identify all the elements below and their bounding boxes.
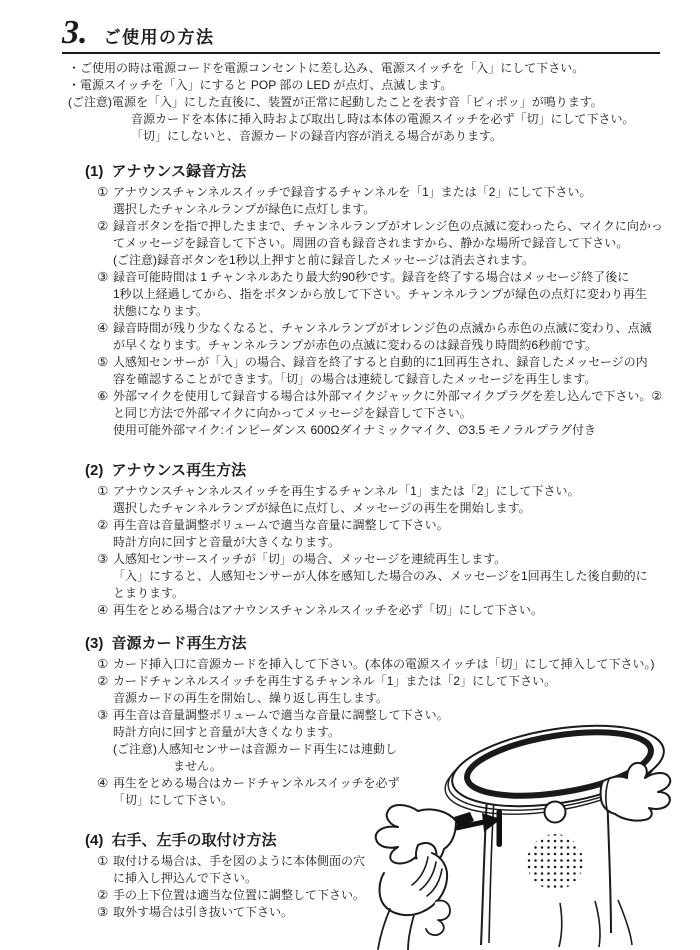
item-line: アナウンスチャンネルスイッチを再生するチャンネル「1」または「2」にして下さい。 xyxy=(113,483,666,500)
item-line: 使用可能外部マイク:インピーダンス 600Ωダイナミックマイク、∅3.5 モノラ… xyxy=(113,422,666,439)
item-line: 録音可能時間は 1 チャンネルあたり最大約90秒です。録音を終了する場合はメッセ… xyxy=(113,269,666,286)
intro-line: ・ご使用の時は電源コードを電源コンセントに差し込み、電源スイッチを「入」にして下… xyxy=(68,60,666,77)
list-item: ④ 再生をとめる場合はアナウンスチャンネルスイッチを必ず「切」にして下さい。 xyxy=(98,602,666,619)
item-number: ① xyxy=(97,184,108,201)
list-item: ① カード挿入口に音源カードを挿入して下さい。(本体の電源スイッチは「切」にして… xyxy=(98,656,666,673)
list-item: ② 再生音は音量調整ボリュームで適当な音量に調整して下さい。 時計方向に回すと音… xyxy=(98,517,666,551)
item-line: アナウンスチャンネルスイッチで録音するチャンネルを「1」または「2」にして下さい… xyxy=(113,184,666,201)
section-label: (1) xyxy=(85,163,103,180)
item-number: ③ xyxy=(97,551,108,568)
speaker-grille xyxy=(527,834,583,890)
section-title: 音源カード再生方法 xyxy=(112,635,247,652)
list-item: ① アナウンスチャンネルスイッチを再生するチャンネル「1」または「2」にして下さ… xyxy=(98,483,666,517)
item-line: 選択したチャンネルランプが緑色に点灯し、メッセージの再生を開始します。 xyxy=(113,500,666,517)
sensor-hole xyxy=(545,802,566,823)
item-number: ④ xyxy=(97,775,108,792)
item-line: 人感知センサーが「入」の場合、録音を終了すると自動的に1回再生され、録音したメッ… xyxy=(113,354,666,371)
section-title: アナウンス再生方法 xyxy=(112,462,247,479)
section-announce-playback: (2) アナウンス再生方法 ① アナウンスチャンネルスイッチを再生するチャンネル… xyxy=(68,460,666,619)
section-label: (2) xyxy=(85,462,103,479)
item-line: カードチャンネルスイッチを再生するチャンネル「1」または「2」にして下さい。 xyxy=(113,673,666,690)
item-line: 録音時間が残り少なくなると、チャンネルランプがオレンジ色の点滅から赤色の点滅に変… xyxy=(113,320,666,337)
item-number: ④ xyxy=(97,320,108,337)
item-number: ② xyxy=(97,673,108,690)
item-line: 状態になります。 xyxy=(113,303,666,320)
section-label: (3) xyxy=(85,635,103,652)
item-line: てメッセージを録音して下さい。周囲の音も録音されますから、静かな場所で録音して下… xyxy=(113,235,666,252)
list-item: ② 録音ボタンを指で押したままで、チャンネルランプがオレンジ色の点滅に変わったら… xyxy=(98,218,666,269)
item-number: ⑥ xyxy=(97,388,108,405)
item-line: カード挿入口に音源カードを挿入して下さい。(本体の電源スイッチは「切」にして挿入… xyxy=(113,656,666,673)
section-label: (4) xyxy=(85,832,103,849)
item-number: ⑤ xyxy=(97,354,108,371)
item-number: ① xyxy=(97,853,108,870)
instruction-manual-page: 3. ご使用の方法 ・ご使用の時は電源コードを電源コンセントに差し込み、電源スイ… xyxy=(0,0,700,950)
list-item: ③ 人感知センサースイッチが「切」の場合、メッセージを連続再生します。 「入」に… xyxy=(98,551,666,602)
list-item: ⑥ 外部マイクを使用して録音する場合は外部マイクジャックに外部マイクプラグを差し… xyxy=(98,388,666,439)
item-line: 再生音は音量調整ボリュームで適当な音量に調整して下さい。 xyxy=(113,517,666,534)
list-item: ③ 録音可能時間は 1 チャンネルあたり最大約90秒です。録音を終了する場合はメ… xyxy=(98,269,666,320)
item-number: ② xyxy=(97,517,108,534)
item-line: 再生をとめる場合はアナウンスチャンネルスイッチを必ず「切」にして下さい。 xyxy=(113,602,666,619)
pop-device-illustration xyxy=(370,695,700,950)
item-line: とまります。 xyxy=(113,585,666,602)
item-line: と同じ方法で外部マイクに向かってメッセージを録音して下さい。 xyxy=(113,405,666,422)
item-number: ② xyxy=(97,887,108,904)
hand-slot xyxy=(497,809,503,847)
item-number: ① xyxy=(97,483,108,500)
intro-caution-line: 「切」にしないと、音源カードの録音内容が消える場合があります。 xyxy=(68,128,666,145)
list-item: ⑤ 人感知センサーが「入」の場合、録音を終了すると自動的に1回再生され、録音した… xyxy=(98,354,666,388)
item-line: (ご注意)録音ボタンを1秒以上押すと前に録音したメッセージは消去されます。 xyxy=(113,252,666,269)
item-line: 外部マイクを使用して録音する場合は外部マイクジャックに外部マイクプラグを差し込ん… xyxy=(113,388,666,405)
page-title: ご使用の方法 xyxy=(104,23,215,48)
item-number: ③ xyxy=(97,904,108,921)
list-item: ① アナウンスチャンネルスイッチで録音するチャンネルを「1」または「2」にして下… xyxy=(98,184,666,218)
section-announce-recording: (1) アナウンス録音方法 ① アナウンスチャンネルスイッチで録音するチャンネル… xyxy=(68,161,666,439)
intro-caution-line: (ご注意)電源を「入」にした直後に、装置が正常に起動したことを表す音「ピィポッ」… xyxy=(68,94,666,111)
item-number: ③ xyxy=(97,707,108,724)
item-number: ④ xyxy=(97,602,108,619)
intro-line: ・電源スイッチを「入」にすると POP 部の LED が点灯、点滅します。 xyxy=(68,77,666,94)
item-number: ② xyxy=(97,218,108,235)
item-number: ③ xyxy=(97,269,108,286)
item-line: 1秒以上経過してから、指をボタンから放して下さい。チャンネルランプが緑色の点灯に… xyxy=(113,286,666,303)
item-line: 選択したチャンネルランプが緑色に点灯します。 xyxy=(113,201,666,218)
item-line: 時計方向に回すと音量が大きくなります。 xyxy=(113,534,666,551)
section-title: アナウンス録音方法 xyxy=(112,163,247,180)
section-number: 3. xyxy=(62,16,88,50)
section-title: 右手、左手の取付け方法 xyxy=(112,832,277,849)
item-line: 「入」にすると、人感知センサーが人体を感知した場合のみ、メッセージを1回再生した… xyxy=(113,568,666,585)
item-number: ① xyxy=(97,656,108,673)
intro-caution-line: 音源カードを本体に挿入時および取出し時は本体の電源スイッチを必ず「切」にして下さ… xyxy=(68,111,666,128)
item-line: 容を確認することができます。「切」の場合は連続して録音したメッセージを再生します… xyxy=(113,371,666,388)
item-line: が早くなります。チャンネルランプが赤色の点滅に変わるのは録音残り時間約6秒前です… xyxy=(113,337,666,354)
item-line: 人感知センサースイッチが「切」の場合、メッセージを連続再生します。 xyxy=(113,551,666,568)
page-header: 3. ご使用の方法 xyxy=(62,16,660,54)
list-item: ④ 録音時間が残り少なくなると、チャンネルランプがオレンジ色の点滅から赤色の点滅… xyxy=(98,320,666,354)
item-line: 録音ボタンを指で押したままで、チャンネルランプがオレンジ色の点滅に変わったら、マ… xyxy=(113,218,666,235)
intro-notes: ・ご使用の時は電源コードを電源コンセントに差し込み、電源スイッチを「入」にして下… xyxy=(68,60,666,145)
